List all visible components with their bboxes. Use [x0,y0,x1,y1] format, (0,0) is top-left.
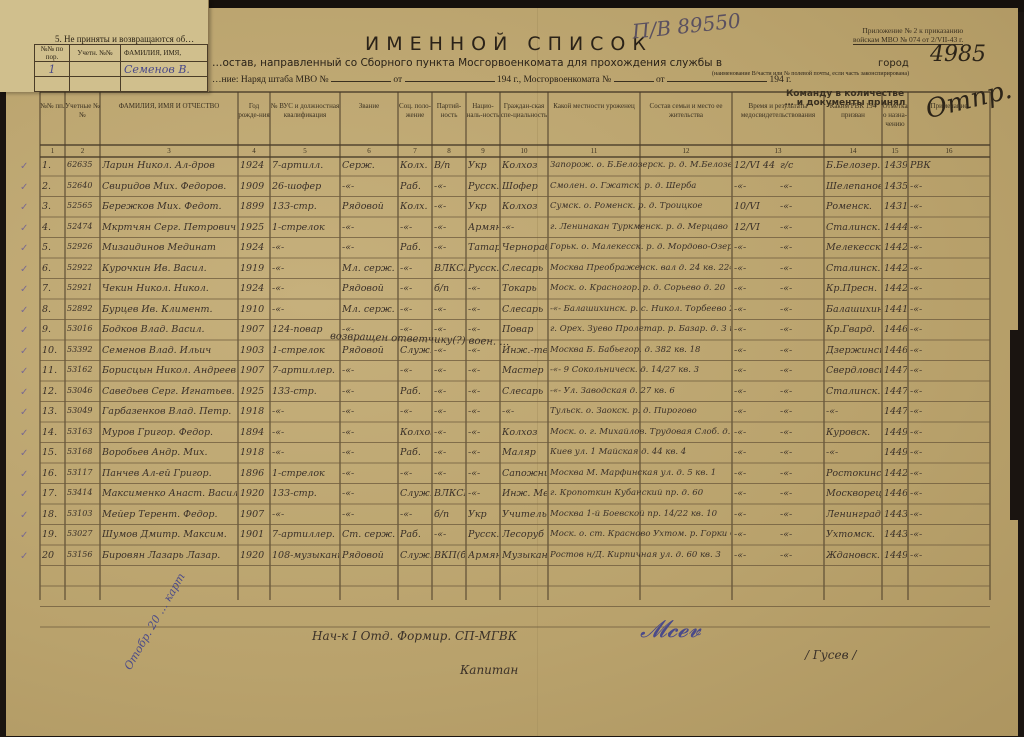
cell-uch: 53392 [67,345,99,354]
cell-year: 1909 [240,181,269,192]
cell-party: -«- [434,201,465,212]
cell-year: 1907 [240,365,269,376]
cell-note: -«- [910,324,989,335]
footer-chief-label: Нач-к I Отд. Формир. СП-МГВК [312,629,517,643]
cell-mark: 14312 [884,201,907,212]
cell-spec: Инж. Мех. [502,488,547,499]
slip-header-uchet: Учетн. №№ [70,45,121,62]
cell-med: -«- [734,304,780,315]
cell-rvk: Сталинск. [826,222,881,233]
cell-med-result: -«- [780,283,820,294]
cell-rank: -«- [342,181,397,192]
column-number-7: 7 [398,147,432,155]
slip-caption: 5. Не приняты и возвращаются об… [55,34,194,44]
cell-nat: Укр [468,201,499,212]
cell-fio: Семенов Влад. Ильич [102,345,237,356]
cell-party: ВКП(б) [434,550,465,561]
cell-place: Моск. о. г. Михайлов. Трудовая Слоб. д. … [550,427,731,437]
column-header-1: №№ пп. [40,102,65,111]
cell-rank: -«- [342,447,397,458]
cell-year: 1925 [240,222,269,233]
cell-rvk: Ухтомск. [826,529,881,540]
cell-rank: Мл. серж. [342,263,397,274]
cell-fio: Панчев Ал-ей Григор. [102,468,237,479]
column-number-2: 2 [65,147,100,155]
cell-n: 8. [42,304,64,315]
cell-year: 1918 [240,406,269,417]
cell-vus: 7-артиллер. [272,365,339,376]
cell-med: -«- [734,324,780,335]
footer-rank: Капитан [460,663,518,677]
cell-uch: 62635 [67,160,99,169]
cell-vus: 1-стрелок [272,345,339,356]
check-mark-icon: ✓ [20,387,28,398]
cell-rank: Ст. серж. [342,529,397,540]
cell-mark: 14473 [884,406,907,417]
cell-note: -«- [910,201,989,212]
cell-note: -«- [910,365,989,376]
cell-nat: -«- [468,304,499,315]
cell-nat: -«- [468,406,499,417]
cell-party: -«- [434,304,465,315]
cell-rvk: Ленинградск. [826,509,881,520]
check-mark-icon: ✓ [20,366,28,377]
cell-note: -«- [910,242,989,253]
cell-note: -«- [910,304,989,315]
check-mark-icon: ✓ [20,469,28,480]
cell-year: 1910 [240,304,269,315]
cell-med-result: -«- [780,447,820,458]
cell-med: -«- [734,365,780,376]
cell-rvk: Дзержинск. [826,345,881,356]
cell-n: 20 [42,550,64,561]
cell-n: 19. [42,529,64,540]
cell-party: В/п [434,160,465,171]
cell-fio: Борисцын Никол. Андреев. [102,365,237,376]
cell-spec: Шофер [502,181,547,192]
cell-mark: 14422 [884,263,907,274]
cell-fio: Шумов Дмитр. Максим. [102,529,237,540]
cell-rank: Рядовой [342,550,397,561]
cell-med: -«- [734,447,780,458]
cell-fio: Курочкин Ив. Васил. [102,263,237,274]
cell-nat: Укр [468,509,499,520]
cell-rvk: Сталинск. [826,386,881,397]
cell-rvk: Кр.Пресн. [826,283,881,294]
cell-place: Москва 1-й Боевской пр. 14/22 кв. 10 [550,509,731,519]
cell-med-result: -«- [780,201,820,212]
cell-fio: Мейер Терент. Федор. [102,509,237,520]
column-number-5: 5 [270,147,340,155]
cell-party: -«- [434,427,465,438]
cell-party: -«- [434,242,465,253]
cell-uch: 53049 [67,406,99,415]
cell-med: -«- [734,345,780,356]
cell-place: Горьк. о. Малекесск. р. д. Мордово-Озеро [550,242,731,252]
cell-n: 12. [42,386,64,397]
cell-med: -«- [734,181,780,192]
cell-med-result: -«- [780,406,820,417]
cell-nat: -«- [468,468,499,479]
column-header-2: Учетные №№ [65,102,100,120]
cell-vus: 133-стр. [272,201,339,212]
cell-soc: Колхоз [400,427,431,438]
footer-name: / Гусев / [805,648,856,662]
cell-fio: Бировян Лазарь Лазар. [102,550,237,561]
cell-soc: -«- [400,222,431,233]
cell-med-result: -«- [780,242,820,253]
cell-n: 18. [42,509,64,520]
cell-place: Смолен. о. Гжатск. р. д. Шерба [550,181,731,191]
cell-year: 1901 [240,529,269,540]
cell-uch: 53027 [67,529,99,538]
cell-vus: -«- [272,304,339,315]
check-mark-icon: ✓ [20,489,28,500]
cell-spec: Слесарь [502,304,547,315]
cell-nat: Армян. [468,222,499,233]
cell-vus: -«- [272,509,339,520]
cell-note: -«- [910,447,989,458]
cell-fio: Бурцев Ив. Климент. [102,304,237,315]
cell-spec: Повар [502,324,547,335]
slip-row-name: Семенов В. [121,62,208,77]
cell-nat: -«- [468,386,499,397]
cell-nat: Татар [468,242,499,253]
cell-med-result: г/с [780,160,820,171]
cell-nat: -«- [468,324,499,335]
cell-mark: 14465 [884,488,907,499]
cell-fio: Чекин Никол. Никол. [102,283,237,294]
cell-rank: Рядовой [342,345,397,356]
cell-rvk: Москворецк. [826,488,881,499]
cell-year: 1899 [240,201,269,212]
cell-uch: 53103 [67,509,99,518]
cell-rank: Серж. [342,160,397,171]
cell-rank: -«- [342,222,397,233]
cell-nat: -«- [468,447,499,458]
cell-spec: Мастер [502,365,547,376]
cell-med-result: -«- [780,529,820,540]
cell-spec: Лесоруб Стр. [502,529,547,540]
cell-spec: Учитель [502,509,547,520]
cell-note: -«- [910,345,989,356]
cell-mark: 14415 [884,304,907,315]
cell-mark: 14461 [884,345,907,356]
cell-fio: Ларин Никол. Ал-дров [102,160,237,171]
cell-vus: 1-стрелок [272,222,339,233]
column-number-6: 6 [340,147,398,155]
column-header-4: Год рожде-ния [238,102,270,120]
cell-soc: -«- [400,509,431,520]
cell-med-result: -«- [780,181,820,192]
check-mark-icon: ✓ [20,510,28,521]
cell-place: г. Орех. Зуево Пролетар. р. Базар. д. 3 … [550,324,731,334]
column-header-11: Какой местности уроженец [548,102,640,111]
cell-place: Москва М. Марфинская ул. д. 5 кв. 1 [550,468,731,478]
cell-note: -«- [910,509,989,520]
cell-party: -«- [434,406,465,417]
column-number-3: 3 [100,147,238,155]
cell-vus: -«- [272,427,339,438]
cell-soc: -«- [400,283,431,294]
cell-soc: Колх. [400,201,431,212]
cell-vus: 7-артилл. [272,160,339,171]
cell-mark: 14422 [884,242,907,253]
cell-party: -«- [434,365,465,376]
cell-med-result: -«- [780,488,820,499]
cell-n: 9. [42,324,64,335]
cell-place: Сумск. о. Роменск. р. д. Троицкое [550,201,731,211]
cell-party: -«- [434,181,465,192]
column-number-8: 8 [432,147,466,155]
cell-med-result: -«- [780,304,820,315]
cell-soc: -«- [400,304,431,315]
cell-mark: 14422 [884,283,907,294]
cell-fio: Мкртчян Серг. Петрович [102,222,237,233]
cell-spec: -«- [502,222,547,233]
cell-party: -«- [434,529,465,540]
cell-rank: -«- [342,509,397,520]
cell-uch: 53414 [67,488,99,497]
cell-soc: Служ. [400,345,431,356]
column-header-7: Соц. поло-жение [398,102,432,120]
cell-uch: 52921 [67,283,99,292]
check-mark-icon: ✓ [20,428,28,439]
cell-fio: Гарбазенков Влад. Петр. [102,406,237,417]
cell-med: -«- [734,406,780,417]
cell-year: 1920 [240,550,269,561]
cell-year: 1924 [240,283,269,294]
cell-rvk: Кр.Гвард. [826,324,881,335]
cell-fio: Мизаидинов Мединат [102,242,237,253]
cell-rank: -«- [342,488,397,499]
check-mark-icon: ✓ [20,346,28,357]
cell-n: 3. [42,201,64,212]
cell-uch: 53046 [67,386,99,395]
cell-med-result: -«- [780,263,820,274]
scan-right-border [1010,330,1024,520]
cell-note: -«- [910,263,989,274]
cell-note: -«- [910,222,989,233]
cell-soc: -«- [400,365,431,376]
cell-med-result: -«- [780,468,820,479]
cell-place: г. Кропоткин Кубанский пр. д. 60 [550,488,731,498]
column-number-12: 12 [640,147,732,155]
column-header-16: Примечание [908,102,990,111]
cell-med-result: -«- [780,509,820,520]
cell-place: Моск. о. ст. Красново Ухтом. р. Горки Се… [550,529,731,539]
cell-vus: 108-музыкант [272,550,339,561]
column-header-8: Партий-ность [432,102,466,120]
cell-vus: -«- [272,242,339,253]
cell-note: -«- [910,427,989,438]
footer-signature: 𝓜𝓬𝓮𝓿 [640,615,701,643]
cell-vus: -«- [272,283,339,294]
cell-n: 2. [42,181,64,192]
cell-vus: -«- [272,406,339,417]
cell-party: -«- [434,468,465,479]
cell-note: -«- [910,406,989,417]
cell-spec: Колхоз [502,160,547,171]
cell-place: -«- 9 Сокольническ. д. 14/27 кв. 3 [550,365,731,375]
cell-med-result: -«- [780,345,820,356]
cell-med: -«- [734,386,780,397]
cell-n: 13. [42,406,64,417]
cell-n: 17. [42,488,64,499]
cell-vus: -«- [272,447,339,458]
cell-med: -«- [734,488,780,499]
cell-vus: 1-стрелок [272,468,339,479]
cell-nat: Русск. [468,263,499,274]
cell-rvk: Ростокинск. [826,468,881,479]
cell-rank: Рядовой [342,201,397,212]
cell-year: 1924 [240,160,269,171]
cell-party: -«- [434,447,465,458]
cell-year: 1925 [240,386,269,397]
cell-uch: 53117 [67,468,99,477]
cell-rvk: Ждановск. [826,550,881,561]
cell-place: г. Ленинакан Туркменск. р. д. Мерцаво [550,222,731,232]
cell-fio: Бодков Влад. Васил. [102,324,237,335]
cell-uch: 52892 [67,304,99,313]
cell-rvk: Б.Белозер. [826,160,881,171]
cell-rank: Рядовой [342,283,397,294]
check-mark-icon: ✓ [20,325,28,336]
check-mark-icon: ✓ [20,284,28,295]
cell-fio: Бережков Мих. Федот. [102,201,237,212]
cell-uch: 52922 [67,263,99,272]
cell-spec: Сапожник [502,468,547,479]
column-number-10: 10 [500,147,548,155]
cell-soc: Служ. [400,488,431,499]
column-header-9: Нацио-наль-ность [466,102,500,120]
cell-vus: 133-стр. [272,488,339,499]
cell-party: -«- [434,222,465,233]
column-number-4: 4 [238,147,270,155]
check-mark-icon: ✓ [20,407,28,418]
cell-n: 10. [42,345,64,356]
cell-year: 1924 [240,242,269,253]
cell-nat: -«- [468,427,499,438]
cell-place: Ростов н/Д. Кирпичная ул. д. 60 кв. 3 [550,550,731,560]
cell-n: 14. [42,427,64,438]
cell-year: 1920 [240,488,269,499]
cell-mark: 14435 [884,529,907,540]
cell-rank: -«- [342,386,397,397]
cell-med: 12/VI [734,222,780,233]
cell-place: Моск. о. Красногор. р. д. Сорьево д. 20 [550,283,731,293]
cell-year: 1903 [240,345,269,356]
cell-mark: 14495 [884,427,907,438]
column-header-3: ФАМИЛИЯ, ИМЯ И ОТЧЕСТВО [100,102,238,111]
column-number-15: 15 [882,147,908,155]
cell-med: -«- [734,242,780,253]
cell-med: -«- [734,468,780,479]
cell-soc: Раб. [400,242,431,253]
cell-spec: Маляр [502,447,547,458]
slip-header-name: ФАМИЛИЯ, ИМЯ, [121,45,208,62]
cell-party: ВЛКСМ [434,263,465,274]
check-mark-icon: ✓ [20,202,28,213]
column-header-6: Звание [340,102,398,111]
cell-place: -«- Балашихинск. р. с. Никол. Торбеево 2… [550,304,731,314]
cell-fio: Свиридов Мих. Федоров. [102,181,237,192]
cell-vus: -«- [272,263,339,274]
cell-mark: 14359 [884,181,907,192]
cell-party: ВЛКСМ [434,488,465,499]
cell-rank: -«- [342,427,397,438]
cell-party: б/п [434,509,465,520]
cell-soc: Служ. [400,550,431,561]
cell-n: 4. [42,222,64,233]
cell-soc: -«- [400,468,431,479]
cell-uch: 52474 [67,222,99,231]
cell-n: 11. [42,365,64,376]
column-number-14: 14 [824,147,882,155]
cell-med: -«- [734,550,780,561]
cell-rank: -«- [342,468,397,479]
cell-mark: 14430 [884,509,907,520]
cell-spec: Слесарь [502,263,547,274]
cell-place: Тульск. о. Заокск. р. д. Пирогово [550,406,731,416]
cell-year: 1907 [240,324,269,335]
check-mark-icon: ✓ [20,551,28,562]
returned-slip: 5. Не приняты и возвращаются об… №№ по п… [0,0,209,92]
cell-med: -«- [734,427,780,438]
cell-rvk: Шелепанов [826,181,881,192]
cell-rvk: Балашихин. [826,304,881,315]
cell-uch: 52565 [67,201,99,210]
cell-vus: 124-повар [272,324,339,335]
cell-note: -«- [910,550,989,561]
cell-med-result: -«- [780,427,820,438]
cell-spec: Колхоз [502,427,547,438]
check-mark-icon: ✓ [20,223,28,234]
cell-spec: -«- [502,406,547,417]
cell-med-result: -«- [780,550,820,561]
cell-n: 15. [42,447,64,458]
cell-n: 6. [42,263,64,274]
check-mark-icon: ✓ [20,243,28,254]
cell-party: б/п [434,283,465,294]
cell-note: -«- [910,181,989,192]
cell-rvk: -«- [826,447,881,458]
cell-rvk: Свердловск. [826,365,881,376]
check-mark-icon: ✓ [20,530,28,541]
cell-rvk: Роменск. [826,201,881,212]
cell-mark: 14393 [884,160,907,171]
cell-nat: Укр [468,160,499,171]
cell-med: 10/VI [734,201,780,212]
cell-nat: -«- [468,365,499,376]
cell-uch: 53156 [67,550,99,559]
cell-uch: 53016 [67,324,99,333]
cell-rank: -«- [342,406,397,417]
cell-mark: 14473 [884,386,907,397]
cell-year: 1918 [240,447,269,458]
header-overlay-stamp: Команду в количестве … и документы приня… [780,90,910,108]
column-number-13: 13 [732,147,824,155]
cell-spec: Чернораб. [502,242,547,253]
cell-place: Москва Б. Бабьегор. д. 382 кв. 18 [550,345,731,355]
cell-note: -«- [910,529,989,540]
cell-nat: -«- [468,283,499,294]
column-number-9: 9 [466,147,500,155]
cell-med: -«- [734,283,780,294]
cell-mark: 14428 [884,468,907,479]
cell-mark: 14446 [884,222,907,233]
cell-n: 16. [42,468,64,479]
